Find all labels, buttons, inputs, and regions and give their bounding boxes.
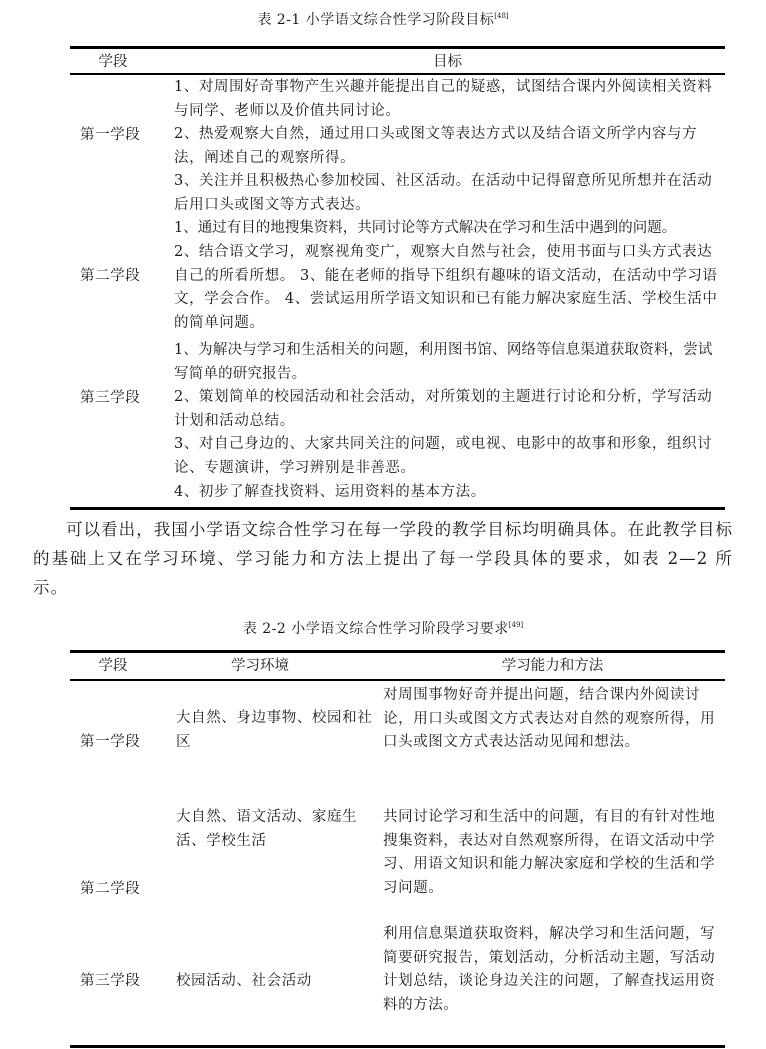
table2-row2-environment: 大自然、语文活动、家庭生活、学校生活 bbox=[176, 806, 376, 853]
body-paragraph-text: 可以看出，我国小学语文综合性学习在每一学段的教学目标均明确具体。在此教学目标的基… bbox=[33, 515, 733, 602]
table1-citation: [48] bbox=[494, 12, 508, 20]
table1-row1-goal2: 2、热爱观察大自然，通过用口头或图文等表达方式以及结合语文所学内容与方法，阐述自… bbox=[174, 123, 722, 170]
table1-row2-goal1: 1、通过有目的地搜集资料，共同讨论等方式解决在学习和生活中遇到的问题。 bbox=[174, 217, 730, 241]
table1-bottom-rule bbox=[70, 507, 725, 510]
table1-row3-goal1: 1、为解决与学习和生活相关的问题，利用图书馆、网络等信息渠道获取资料，尝试写简单… bbox=[174, 339, 724, 386]
table1-header-rule bbox=[70, 73, 725, 75]
table1-top-rule bbox=[70, 46, 725, 49]
table2-header-rule bbox=[70, 679, 725, 681]
table2-row2-stage: 第二学段 bbox=[80, 878, 140, 902]
table1-row3-stage: 第三学段 bbox=[80, 387, 140, 411]
table2-row3-ability: 利用信息渠道获取资料，解决学习和生活问题，写简要研究报告，策划活动，分析活动主题… bbox=[383, 923, 721, 1017]
table2-citation: [49] bbox=[509, 621, 523, 629]
table1-row3-goal2: 2、策划简单的校园活动和社会活动，对所策划的主题进行讨论和分析，学写活动计划和活… bbox=[174, 386, 722, 433]
table1-row1-stage: 第一学段 bbox=[80, 124, 140, 148]
table2-row1-environment: 大自然、身边事物、校园和社区 bbox=[176, 707, 376, 754]
table1-row3-goal3: 3、对自己身边的、大家共同关注的问题，或电视、电影中的故事和形象，组织讨论、专题… bbox=[174, 433, 722, 480]
table1-caption-text: 表 2-1 小学语文综合性学习阶段目标 bbox=[257, 12, 494, 28]
table2-row1-stage: 第一学段 bbox=[80, 731, 140, 755]
table1-header-stage: 学段 bbox=[70, 50, 156, 74]
table2-caption: 表 2-2 小学语文综合性学习阶段学习要求[49] bbox=[0, 618, 766, 638]
table1-caption: 表 2-1 小学语文综合性学习阶段目标[48] bbox=[0, 9, 766, 29]
table2-header-environment: 学习环境 bbox=[160, 654, 360, 678]
table1-header-goal: 目标 bbox=[170, 50, 725, 74]
table1-row3-goal4: 4、初步了解查找资料、运用资料的基本方法。 bbox=[174, 481, 722, 505]
table1-row2-goal2: 2、结合语文学习，观察视角变广，观察大自然与社会，使用书面与口头方式表达自己的所… bbox=[174, 241, 722, 335]
table2-bottom-rule bbox=[70, 1045, 725, 1048]
table2-header-ability: 学习能力和方法 bbox=[380, 654, 725, 678]
table2-header-stage: 学段 bbox=[70, 654, 156, 678]
table2-row1-ability: 对周围事物好奇并提出问题，结合课内外阅读讨论，用口头或图文方式表达对自然的观察所… bbox=[383, 684, 721, 755]
table2-caption-text: 表 2-2 小学语文综合性学习阶段学习要求 bbox=[243, 621, 509, 637]
table1-row1-goal3: 3、关注并且积极热心参加校园、社区活动。在活动中记得留意所见所想并在活动后用口头… bbox=[174, 170, 722, 217]
table1-row2-stage: 第二学段 bbox=[80, 265, 140, 289]
table2-row2-ability: 共同讨论学习和生活中的问题，有目的有针对性地搜集资料，表达对自然观察所得，在语文… bbox=[383, 806, 721, 900]
table2-top-rule bbox=[70, 650, 725, 653]
table1-row1-goal1: 1、对周围好奇事物产生兴趣并能提出自己的疑惑，试图结合课内外阅读相关资料与同学、… bbox=[174, 76, 722, 123]
table2-row3-environment: 校园活动、社会活动 bbox=[176, 970, 376, 994]
table2-row3-stage: 第三学段 bbox=[80, 970, 140, 994]
body-paragraph: 可以看出，我国小学语文综合性学习在每一学段的教学目标均明确具体。在此教学目标的基… bbox=[33, 515, 733, 602]
